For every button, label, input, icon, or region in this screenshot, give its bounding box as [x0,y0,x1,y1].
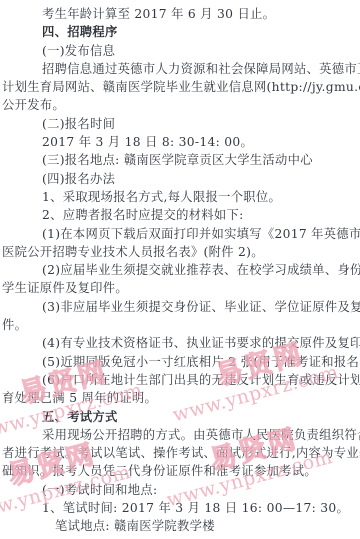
text-line: 计划生育局网站、赣南医学院毕业生就业信息网(http://jy.gmu.cn) [2,78,359,96]
text-line: 学生证原件及复印件。 [2,279,359,297]
text-line: 件。 [2,316,359,334]
text-line: 2017 年 3 月 18 日 8: 30-14: 00。 [2,133,359,151]
text-line: (6)户口所在地计生部门出具的无违反计划生育或违反计划生 [2,371,359,389]
text-line: 2、应聘者报名时应提交的材料如下: [2,206,359,224]
text-line: (1)在本网页下载后双面打印并如实填写《2017 年英德市人民 [2,225,359,243]
document-page: 考生年龄计算至 2017 年 6 月 30 日止。四、招聘程序(一)发布信息招聘… [0,0,360,539]
document-text: 考生年龄计算至 2017 年 6 月 30 日止。四、招聘程序(一)发布信息招聘… [2,5,359,536]
text-line: 公开发布。 [2,96,359,114]
text-line: 五、考试方式 [2,408,359,426]
text-line: (2)应届毕业生须提交就业推荐表、在校学习成绩单、身份证、 [2,261,359,279]
text-line: (四)报名办法 [2,170,359,188]
text-line: 四、招聘程序 [2,23,359,41]
text-line: 采用现场公开招聘的方式。由英德市人民医院负责组织符合条件 [2,426,359,444]
text-line: 考生年龄计算至 2017 年 6 月 30 日止。 [2,5,359,23]
text-line: 育处理已满 5 周年的证明。 [2,389,359,407]
text-line: 础知识。报考人员凭二代身份证原件和准考证参加考试。 [2,462,359,480]
text-line: (4)有专业技术资格证书、执业证书要求的提交原件及复印件。 [2,334,359,352]
text-line: 者进行考试。考试以笔试、操作考试、面试形式进行,内容为专业基 [2,444,359,462]
text-line: 招聘信息通过英德市人力资源和社会保障局网站、英德市卫生和 [2,60,359,78]
text-line: 笔试地点: 赣南医学院教学楼 [2,517,359,535]
text-line: 医院公开招聘专业技术人员报名表》(附件 2)。 [2,243,359,261]
text-line: (二)报名时间 [2,115,359,133]
text-line: (一)发布信息 [2,42,359,60]
text-line: 1、笔试时间: 2017 年 3 月 18 日 16: 00—17: 30。 [2,499,359,517]
text-line: 1、采取现场报名方式,每人限报一个职位。 [2,188,359,206]
text-line: (三)报名地点: 赣南医学院章贡区大学生活动中心 [2,151,359,169]
text-line: (5)近期同版免冠小一寸红底相片 2 张(用于准考证和报名表)。 [2,353,359,371]
text-line: (一)考试时间和地点: [2,481,359,499]
text-line: (3)非应届毕业生须提交身份证、毕业证、学位证原件及复印 [2,298,359,316]
